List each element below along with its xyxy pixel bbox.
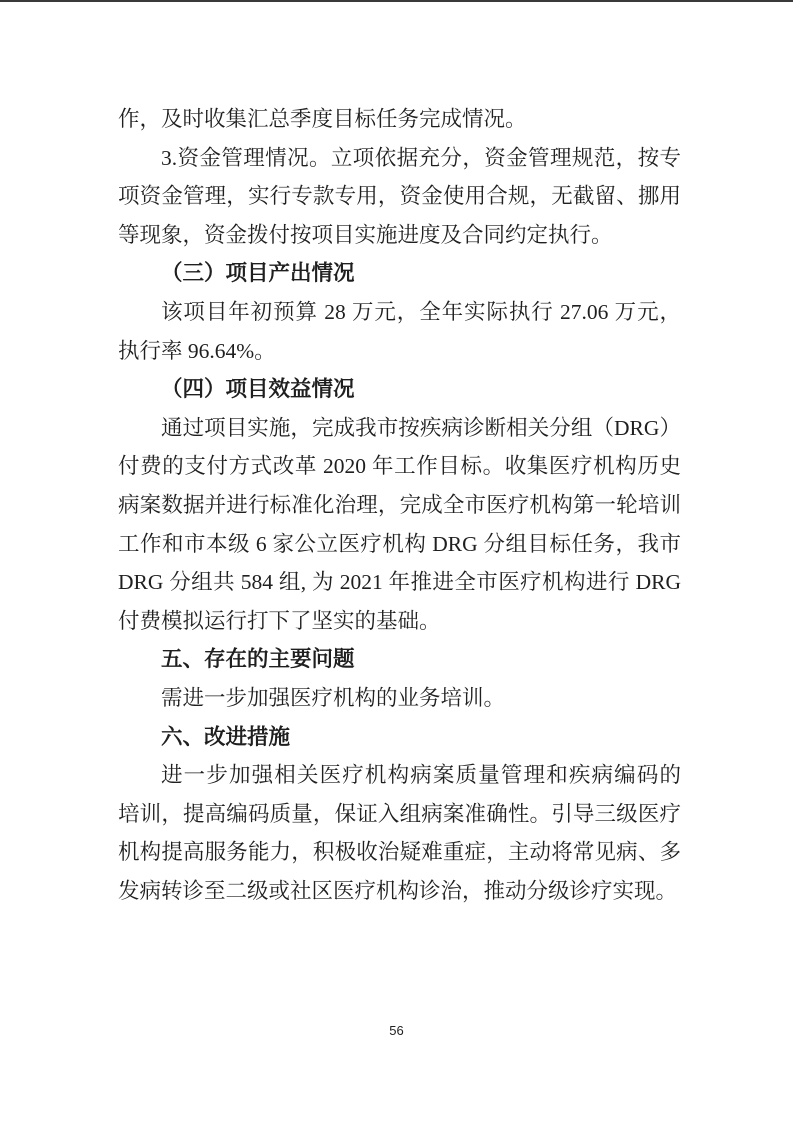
section-heading-4: （四）项目效益情况	[118, 370, 681, 409]
doc-line: 发病转诊至二级或社区医疗机构诊治，推动分级诊疗实现。	[118, 872, 681, 911]
doc-line: 该项目年初预算 28 万元，全年实际执行 27.06 万元，	[118, 293, 681, 332]
section-heading-3: （三）项目产出情况	[118, 254, 681, 293]
document-page: 作，及时收集汇总季度目标任务完成情况。 3.资金管理情况。立项依据充分，资金管理…	[0, 0, 793, 1122]
section-heading-5: 五、存在的主要问题	[118, 640, 681, 679]
doc-line: 执行率 96.64%。	[118, 332, 681, 371]
doc-line: 付费的支付方式改革 2020 年工作目标。收集医疗机构历史	[118, 447, 681, 486]
text-block: 作，及时收集汇总季度目标任务完成情况。 3.资金管理情况。立项依据充分，资金管理…	[118, 100, 681, 910]
doc-line: 付费模拟运行打下了坚实的基础。	[118, 602, 681, 641]
doc-line: 工作和市本级 6 家公立医疗机构 DRG 分组目标任务，我市	[118, 525, 681, 564]
page-number: 56	[0, 1023, 793, 1038]
doc-line: 3.资金管理情况。立项依据充分，资金管理规范，按专	[118, 139, 681, 178]
doc-line: 需进一步加强医疗机构的业务培训。	[118, 679, 681, 718]
doc-line: 病案数据并进行标准化治理，完成全市医疗机构第一轮培训	[118, 486, 681, 525]
page-top-border	[0, 0, 793, 2]
doc-line: 等现象，资金拨付按项目实施进度及合同约定执行。	[118, 216, 681, 255]
doc-line: 项资金管理，实行专款专用，资金使用合规，无截留、挪用	[118, 177, 681, 216]
doc-line: 培训，提高编码质量，保证入组病案准确性。引导三级医疗	[118, 795, 681, 834]
doc-line: 进一步加强相关医疗机构病案质量管理和疾病编码的	[118, 756, 681, 795]
doc-line: 通过项目实施，完成我市按疾病诊断相关分组（DRG）	[118, 409, 681, 448]
doc-line: DRG 分组共 584 组, 为 2021 年推进全市医疗机构进行 DRG	[118, 563, 681, 602]
doc-line: 机构提高服务能力，积极收治疑难重症，主动将常见病、多	[118, 833, 681, 872]
doc-line: 作，及时收集汇总季度目标任务完成情况。	[118, 100, 681, 139]
section-heading-6: 六、改进措施	[118, 718, 681, 757]
